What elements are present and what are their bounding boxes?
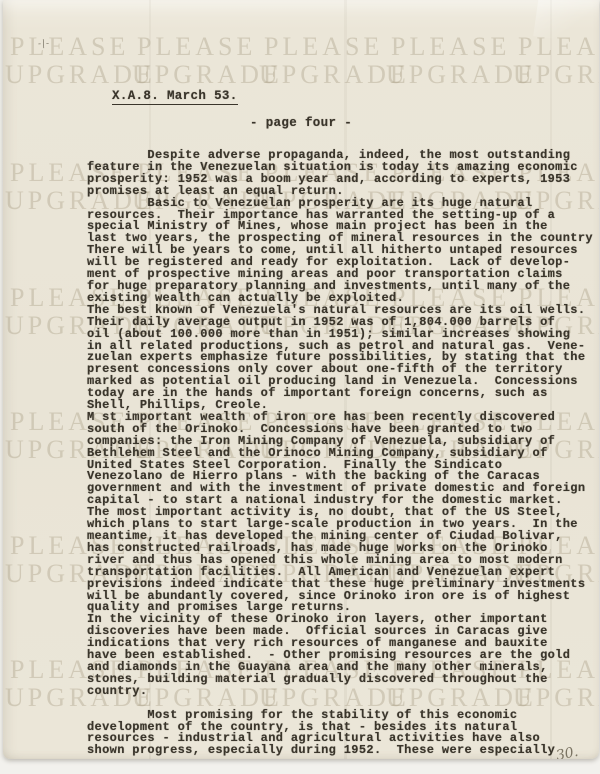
watermark-word-upgrade: UPGRADE [513,62,599,88]
scan-background: PLEASEUPGRADEPLEASEUPGRADEPLEASEUPGRADEP… [0,0,600,774]
watermark-word-upgrade: UPGRADE [386,62,537,88]
watermark-word-please: PLEASE [137,34,256,60]
scanned-document: { "watermark": { "line1": "PLEASE", "lin… [0,0,600,774]
pencil-mark: -|- [38,39,51,50]
document-body-text: Despite adverse propaganda, indeed, the … [87,150,592,757]
paper-sheet: PLEASEUPGRADEPLEASEUPGRADEPLEASEUPGRADEP… [3,0,599,759]
paper-corner-highlight [533,0,599,47]
watermark-word-please: PLEASE [264,34,383,60]
watermark-word-upgrade: UPGRADE [259,62,410,88]
watermark-word-upgrade: UPGRADE [5,62,156,88]
document-reference: X.A.8. March 53. [112,89,238,105]
watermark-word-upgrade: UPGRADE [132,62,283,88]
page-label: - page four - [250,116,352,130]
watermark-word-please: PLEASE [391,34,510,60]
watermark-word-please: PLEASE [10,34,129,60]
